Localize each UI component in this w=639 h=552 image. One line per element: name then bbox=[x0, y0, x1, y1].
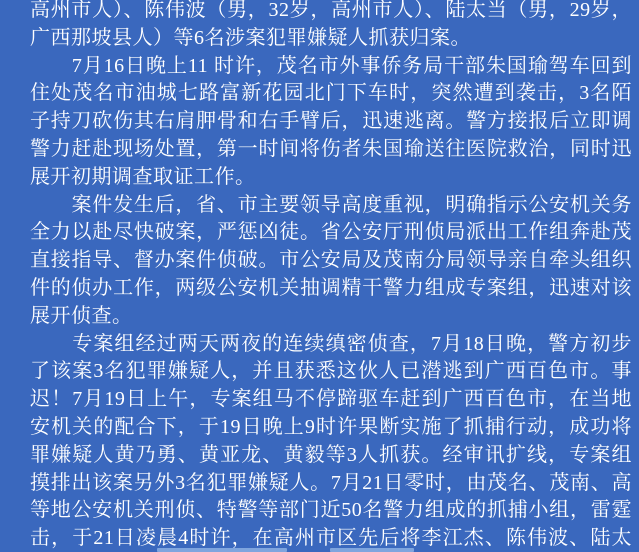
clipped-glyph-fragment bbox=[330, 548, 414, 552]
text-line: 安机关的配合下，于19日晚上9时许果断实施了抓捕行动，成功将犯 bbox=[30, 414, 632, 442]
text-line: 罪嫌疑人黄乃勇、黄亚龙、黄毅等3人抓获。经审讯扩线，专案组又再 bbox=[30, 442, 632, 470]
text-line: 子持刀砍伤其右肩胛骨和右手臂后，迅速逃离。警方接报后立即调派 bbox=[30, 108, 632, 136]
text-line: 7月16日晚上11 时许，茂名市外事侨务局干部朱国瑜驾车回到其 bbox=[30, 53, 632, 81]
text-line: 广西那坡县人）等6名涉案犯罪嫌疑人抓获归案。 bbox=[30, 25, 632, 53]
text-line: 件的侦办工作，两级公安机关抽调精干警力组成专案组，迅速对该案 bbox=[30, 275, 632, 303]
text-line: 等地公安机关刑侦、特警等部门近50名警力组成的抓捕小组，雷霆出 bbox=[30, 497, 632, 525]
text-line: 迟！7月19日上午，专案组马不停蹄驱车赶到广西百色市，在当地公 bbox=[30, 386, 632, 414]
document-text: 高州市人）、陈伟波（男，32岁，高州市人）、陆太当（男，29岁，广西那坡县人）等… bbox=[30, 0, 632, 552]
text-line: 展开初期调查取证工作。 bbox=[30, 164, 632, 192]
text-line: 摸排出该案另外3名犯罪嫌疑人。7月21日零时，由茂名、茂南、高州 bbox=[30, 470, 632, 498]
document-page: 高州市人）、陈伟波（男，32岁，高州市人）、陆太当（男，29岁，广西那坡县人）等… bbox=[0, 0, 639, 552]
text-line: 了该案3名犯罪嫌疑人，并且获悉这伙人已潜逃到广西百色市。事不宜 bbox=[30, 358, 632, 386]
text-line: 展开侦查。 bbox=[30, 303, 632, 331]
text-line: 高州市人）、陈伟波（男，32岁，高州市人）、陆太当（男，29岁， bbox=[30, 0, 632, 25]
text-line: 案件发生后，省、市主要领导高度重视，明确指示公安机关务必 bbox=[30, 192, 632, 220]
text-line: 全力以赴尽快破案，严惩凶徒。省公安厅刑侦局派出工作组奔赴茂名 bbox=[30, 219, 632, 247]
clipped-glyph-fragment bbox=[157, 548, 287, 552]
text-line: 警力赶赴现场处置，第一时间将伤者朱国瑜送往医院救治，同时迅速 bbox=[30, 136, 632, 164]
text-line: 住处茂名市油城七路富新花园北门下车时，突然遭到袭击，3名陌生男 bbox=[30, 80, 632, 108]
text-line: 专案组经过两天两夜的连续缜密侦查，7月18日晚，警方初步锁定 bbox=[30, 331, 632, 359]
text-line: 直接指导、督办案件侦破。市公安局及茂南分局领导亲自牵头组织案 bbox=[30, 247, 632, 275]
